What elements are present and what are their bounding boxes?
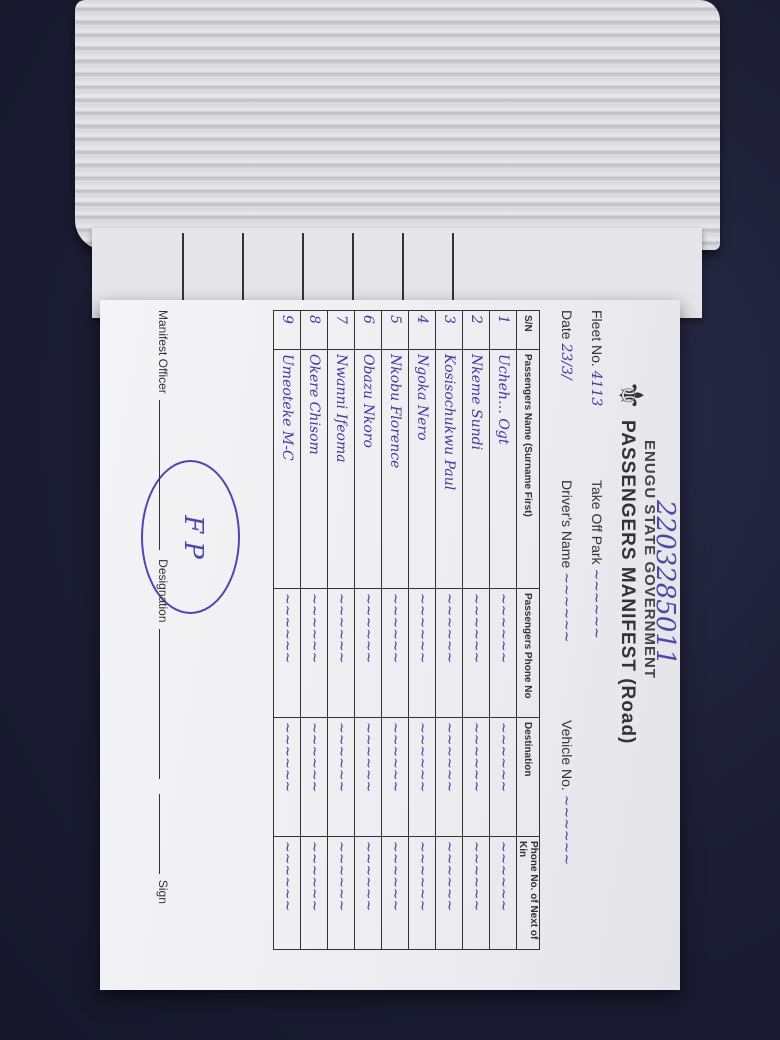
- table-row: 9Umeoteke M-C~~~~~~~~~~~~~~~~~~: [274, 311, 301, 950]
- form-title: PASSENGERS MANIFEST (Road): [616, 420, 638, 744]
- cell-sn: 4: [409, 311, 436, 350]
- fleet-no-value: 4113: [588, 371, 604, 407]
- cell-phone: ~~~~~~: [490, 589, 517, 718]
- cell-destination: ~~~~~~: [382, 718, 409, 837]
- cell-nok: ~~~~~~: [328, 837, 355, 950]
- cell-sn: 5: [382, 311, 409, 350]
- table-row: 2Nkeme Sundi~~~~~~~~~~~~~~~~~~: [463, 311, 490, 950]
- cell-nok: ~~~~~~: [409, 837, 436, 950]
- fleet-no-field: Fleet No. 4113: [588, 310, 605, 406]
- cell-name: Nkeme Sundi: [463, 350, 490, 589]
- table-row: 6Obazu Nkoro~~~~~~~~~~~~~~~~~~: [355, 311, 382, 950]
- cell-sn: 1: [490, 311, 517, 350]
- cell-name: Obazu Nkoro: [355, 350, 382, 589]
- table-row: 1Ucheh… Ogt~~~~~~~~~~~~~~~~~~: [490, 311, 517, 950]
- table-row: 4Ngoka Nero~~~~~~~~~~~~~~~~~~: [409, 311, 436, 950]
- cell-phone: ~~~~~~: [274, 589, 301, 718]
- manifest-sheet: 2203285011 ⚜ ENUGU STATE GOVERNMENT PASS…: [100, 300, 680, 990]
- cell-name: Nkobu Florence: [382, 350, 409, 589]
- cell-name: Ngoka Nero: [409, 350, 436, 589]
- cell-name: Umeoteke M-C: [274, 350, 301, 589]
- cell-nok: ~~~~~~: [355, 837, 382, 950]
- cell-nok: ~~~~~~: [436, 837, 463, 950]
- cell-phone: ~~~~~~: [301, 589, 328, 718]
- table-row: 5Nkobu Florence~~~~~~~~~~~~~~~~~~: [382, 311, 409, 950]
- cell-name: Okere Chisom: [301, 350, 328, 589]
- cell-nok: ~~~~~~: [301, 837, 328, 950]
- cell-destination: ~~~~~~: [355, 718, 382, 837]
- cell-phone: ~~~~~~: [328, 589, 355, 718]
- cell-destination: ~~~~~~: [436, 718, 463, 837]
- cell-nok: ~~~~~~: [274, 837, 301, 950]
- date-value: 23/3/: [558, 343, 574, 379]
- cell-sn: 8: [301, 311, 328, 350]
- manifest-page: 2203285011 ⚜ ENUGU STATE GOVERNMENT PASS…: [100, 300, 680, 990]
- cell-nok: ~~~~~~: [490, 837, 517, 950]
- cell-name: Ucheh… Ogt: [490, 350, 517, 589]
- cell-phone: ~~~~~~: [355, 589, 382, 718]
- cell-destination: ~~~~~~: [301, 718, 328, 837]
- cell-sn: 9: [274, 311, 301, 350]
- take-off-park-field: Take Off Park ~~~~~~: [588, 480, 605, 639]
- cell-name: Kosisochukwu Paul: [436, 350, 463, 589]
- vehicle-no-field: Vehicle No. ~~~~~~: [558, 720, 575, 865]
- cell-destination: ~~~~~~: [274, 718, 301, 837]
- cell-name: Nwanni Ifeoma: [328, 350, 355, 589]
- cell-sn: 6: [355, 311, 382, 350]
- table-row: 8Okere Chisom~~~~~~~~~~~~~~~~~~: [301, 311, 328, 950]
- cell-destination: ~~~~~~: [409, 718, 436, 837]
- cell-destination: ~~~~~~: [463, 718, 490, 837]
- cell-sn: 7: [328, 311, 355, 350]
- manifest-booklet-torn-stubs: [75, 0, 720, 250]
- cell-phone: ~~~~~~: [382, 589, 409, 718]
- passenger-table: S/N Passengers Name (Surname First) Pass…: [273, 310, 540, 950]
- table-row: 7Nwanni Ifeoma~~~~~~~~~~~~~~~~~~: [328, 311, 355, 950]
- cell-destination: ~~~~~~: [328, 718, 355, 837]
- cell-sn: 2: [463, 311, 490, 350]
- cell-phone: ~~~~~~: [463, 589, 490, 718]
- table-row: 3Kosisochukwu Paul~~~~~~~~~~~~~~~~~~: [436, 311, 463, 950]
- table-header-row: S/N Passengers Name (Surname First) Pass…: [517, 311, 540, 950]
- cell-nok: ~~~~~~: [463, 837, 490, 950]
- drivers-name-field: Driver's Name ~~~~~~: [558, 480, 575, 643]
- cell-sn: 3: [436, 311, 463, 350]
- cell-phone: ~~~~~~: [409, 589, 436, 718]
- manifest-footer: Manifest Officer Designation Sign: [156, 310, 170, 950]
- date-field: Date 23/3/: [558, 310, 575, 380]
- cell-phone: ~~~~~~: [436, 589, 463, 718]
- government-heading: ENUGU STATE GOVERNMENT: [641, 440, 658, 679]
- cell-nok: ~~~~~~: [382, 837, 409, 950]
- cell-destination: ~~~~~~: [490, 718, 517, 837]
